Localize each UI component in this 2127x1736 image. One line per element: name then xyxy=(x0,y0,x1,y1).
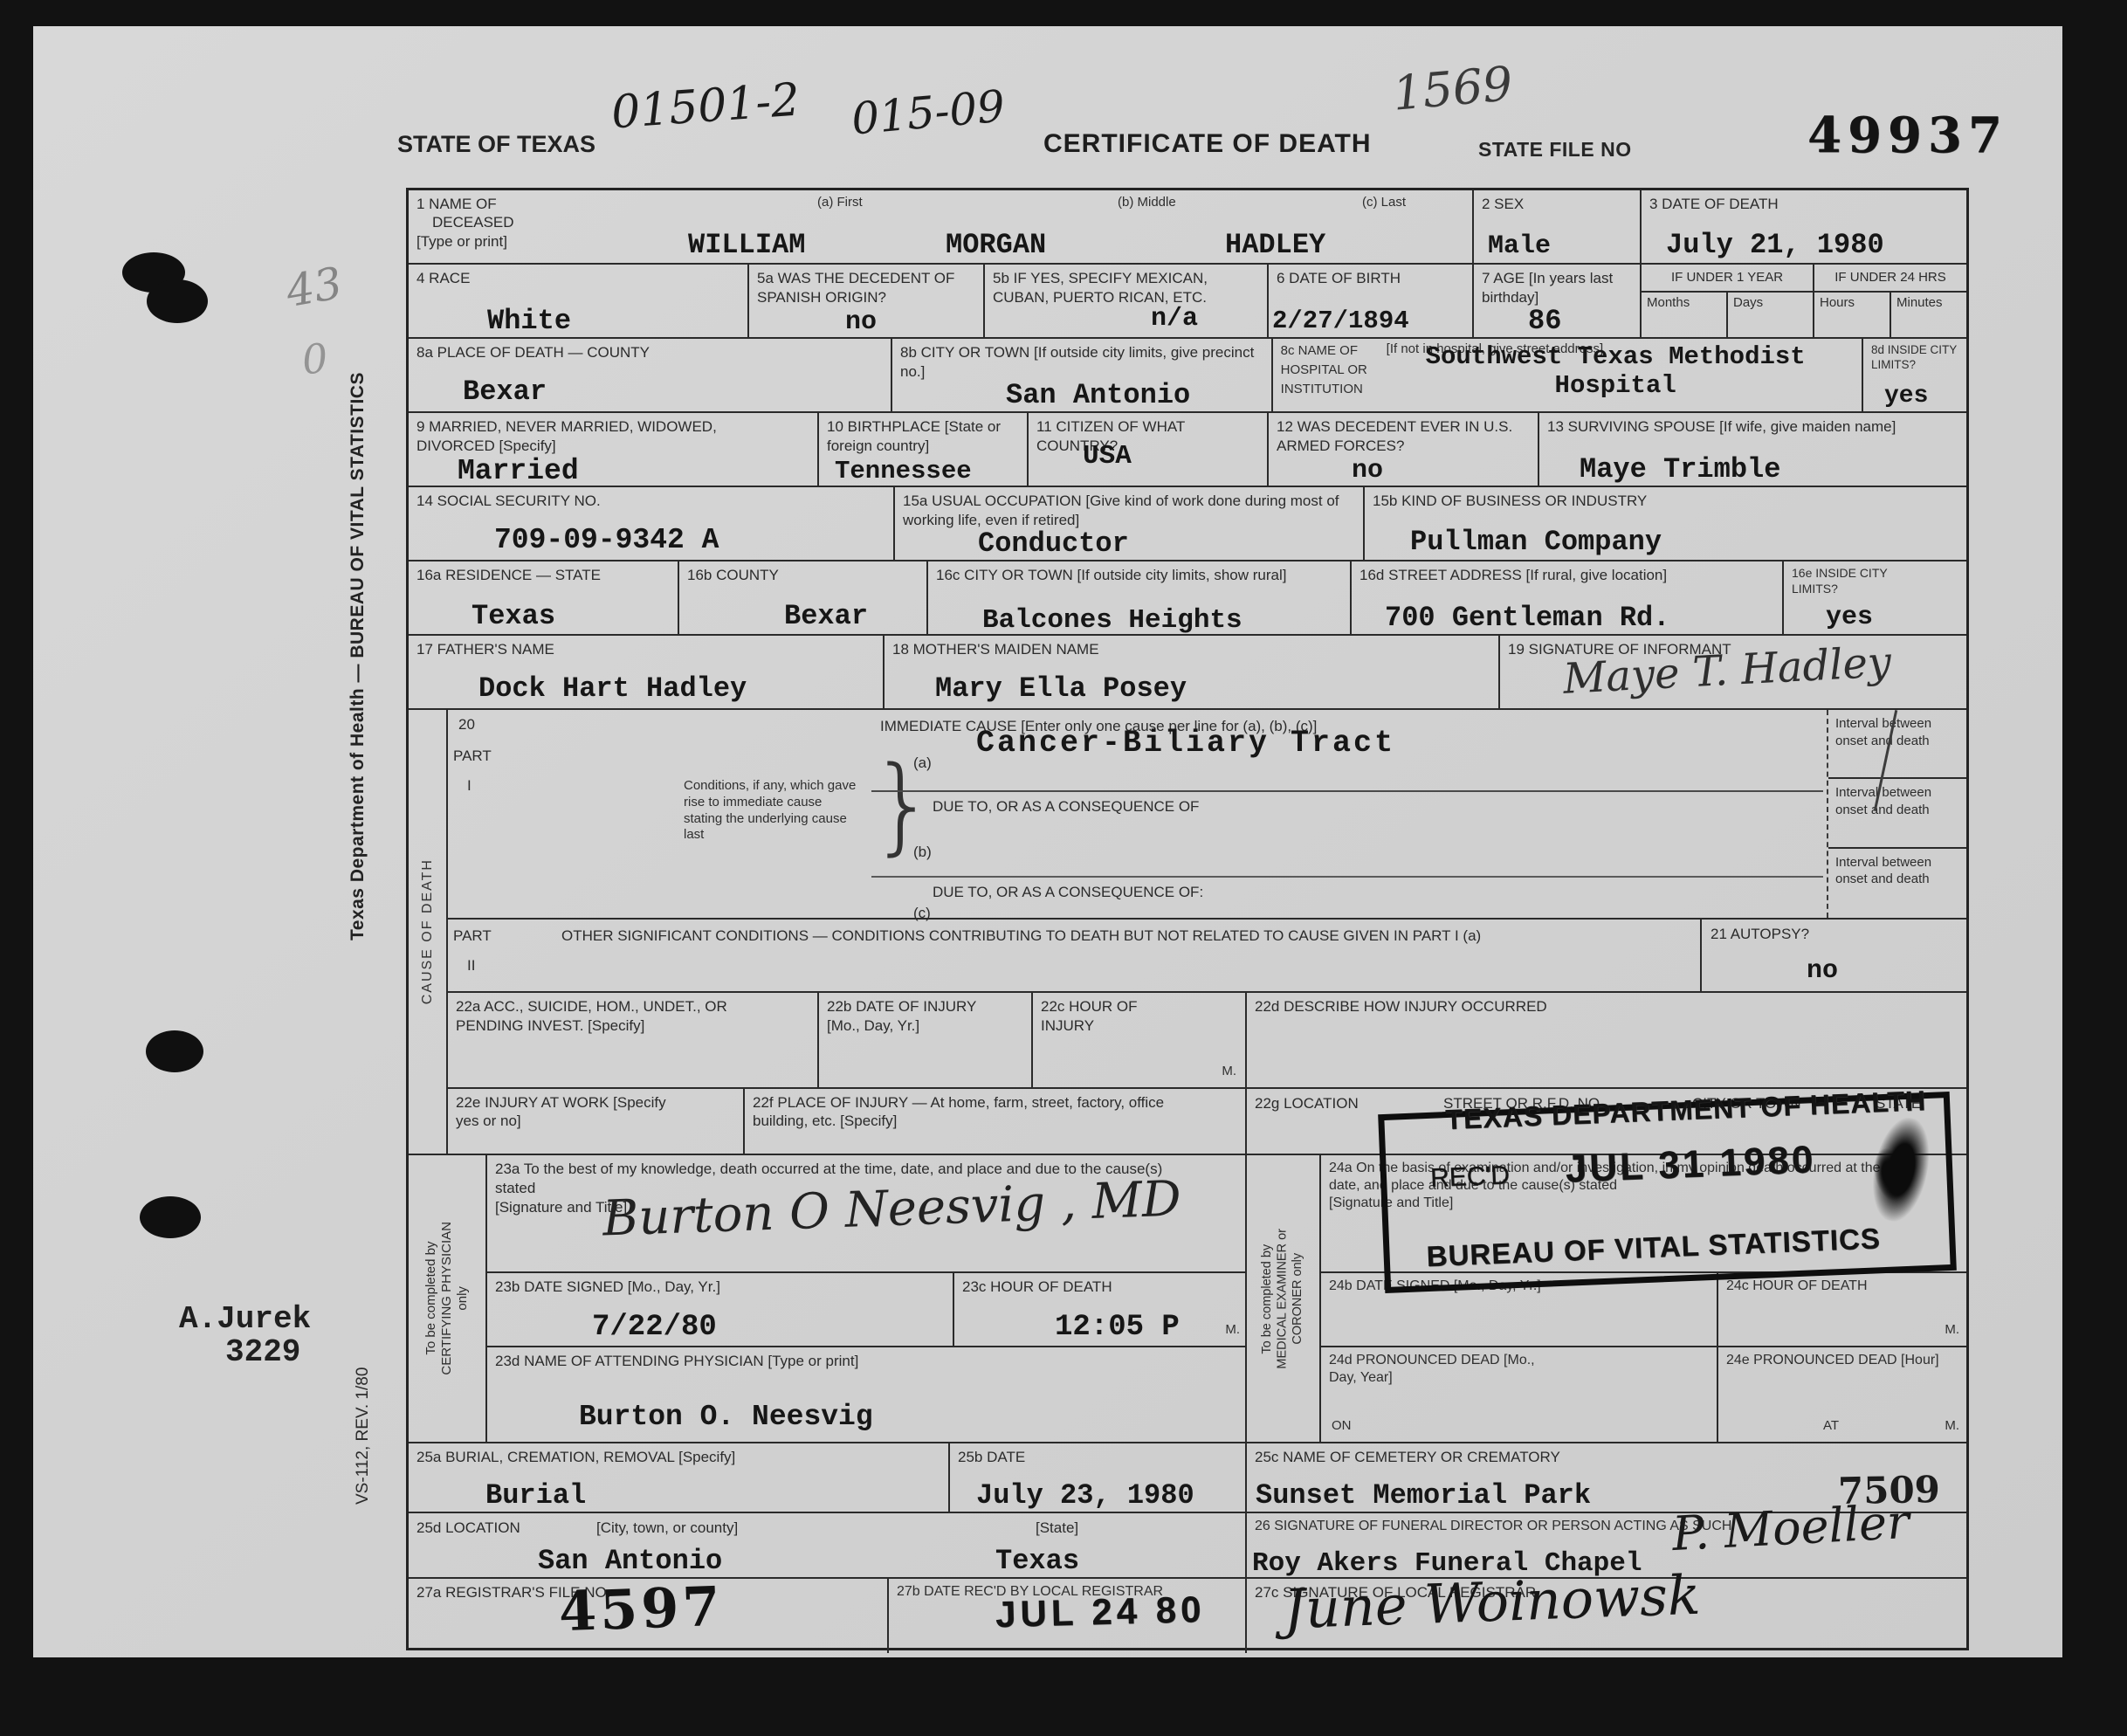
punch-hole xyxy=(146,1030,203,1072)
part1-label-col: 20 PART I xyxy=(448,710,522,918)
part1-main: IMMEDIATE CAUSE [Enter only one cause pe… xyxy=(522,710,1827,918)
field-autopsy: 21 AUTOPSY? no xyxy=(1700,920,1966,991)
field-inside-city-16e: 16e INSIDE CITY LIMITS? yes xyxy=(1784,561,1966,634)
punch-hole xyxy=(147,279,208,323)
field-24d: 24d PRONOUNCED DEAD [Mo., Day, Year] ON xyxy=(1321,1347,1718,1442)
field-22f: 22f PLACE OF INJURY — At home, farm, str… xyxy=(745,1089,1247,1154)
certificate-form: 1 NAME OF DECEASED [Type or print] (a) F… xyxy=(406,188,1969,1650)
months-cell: Months xyxy=(1642,293,1728,337)
hour-of-death-23c-value: 12:05 P xyxy=(1055,1311,1180,1344)
state-file-number-stamp: 49937 xyxy=(1807,107,2008,164)
inside-city-8d-value: yes xyxy=(1884,382,1928,410)
clerk-number: 3229 xyxy=(225,1334,300,1370)
race-value: White xyxy=(487,305,571,337)
interval-column: Interval between onset and death Interva… xyxy=(1827,710,1966,918)
pencil-note-0: 0 xyxy=(299,334,330,384)
state-file-label: STATE FILE NO xyxy=(1478,138,1632,162)
other-significant-conditions-label: OTHER SIGNIFICANT CONDITIONS — CONDITION… xyxy=(561,927,1679,946)
field-burial-date: 25b DATE July 23, 1980 xyxy=(950,1443,1247,1512)
burial-value: Burial xyxy=(485,1479,586,1512)
burial-city-value: San Antonio xyxy=(538,1545,722,1577)
spanish-specify-value: n/a xyxy=(1151,304,1198,334)
residence-city-value: Balcones Heights xyxy=(982,605,1242,636)
medical-examiner-strip: To be completed byMEDICAL EXAMINER orCOR… xyxy=(1247,1155,1321,1442)
citizen-of-value: USA xyxy=(1083,441,1132,472)
middle-name-label: (b) Middle xyxy=(1118,195,1176,211)
part2-label-col: PART II xyxy=(448,920,522,991)
field-usual-occupation: 15a USUAL OCCUPATION [Give kind of work … xyxy=(895,487,1365,560)
field-father-name: 17 FATHER'S NAME Dock Hart Hadley xyxy=(409,636,885,708)
usual-occupation-value: Conductor xyxy=(978,527,1129,560)
date-of-birth-value: 2/27/1894 xyxy=(1272,307,1409,335)
cemetery-name-value: Sunset Memorial Park xyxy=(1256,1479,1591,1512)
inside-city-16e-value: yes xyxy=(1826,603,1873,632)
hospital-name-value: Southwest Texas Methodist Hospital xyxy=(1373,342,1858,401)
field-23c: 23c HOUR OF DEATH 12:05 P M. xyxy=(954,1273,1245,1346)
field-birthplace: 10 BIRTHPLACE [State or foreign country]… xyxy=(819,413,1029,486)
attending-physician-value: Burton O. Neesvig xyxy=(579,1401,873,1433)
place-of-death-county-value: Bexar xyxy=(463,375,547,408)
field-24e: 24e PRONOUNCED DEAD [Hour] AT M. xyxy=(1718,1347,1966,1442)
field-hospital-name: 8c NAME OF [If not in hospital, give str… xyxy=(1273,339,1863,411)
stamp-date: JUL 31 1980 xyxy=(1565,1138,1816,1191)
field-inside-city-8d: 8d INSIDE CITY LIMITS? yes xyxy=(1863,339,1966,411)
birthplace-value: Tennessee xyxy=(835,457,972,486)
street-address-value: 700 Gentleman Rd. xyxy=(1385,602,1669,634)
field-residence-state: 16a RESIDENCE — STATE Texas xyxy=(409,561,679,634)
field-residence-city: 16c CITY OR TOWN [If outside city limits… xyxy=(928,561,1352,634)
kind-of-business-value: Pullman Company xyxy=(1410,526,1662,558)
pencil-note-43: 43 xyxy=(282,258,346,317)
part2-main: OTHER SIGNIFICANT CONDITIONS — CONDITION… xyxy=(522,920,1700,991)
field-burial-cremation: 25a BURIAL, CREMATION, REMOVAL [Specify]… xyxy=(409,1443,950,1512)
field-sex: 2 SEX Male xyxy=(1474,190,1642,263)
field-22e: 22e INJURY AT WORK [Specify yes or no] xyxy=(448,1089,745,1154)
field-kind-of-business: 15b KIND OF BUSINESS OR INDUSTRY Pullman… xyxy=(1365,487,1966,560)
field-marital-status: 9 MARRIED, NEVER MARRIED, WIDOWED, DIVOR… xyxy=(409,413,819,486)
field-race: 4 RACE White xyxy=(409,265,749,337)
clerk-name: A.Jurek xyxy=(179,1301,311,1337)
last-name-value: HADLEY xyxy=(1225,229,1325,261)
field-24c: 24c HOUR OF DEATH M. xyxy=(1718,1273,1966,1346)
date-of-death-value: July 21, 1980 xyxy=(1666,229,1884,261)
ssn-value: 709-09-9342 A xyxy=(494,524,719,556)
age-value: 86 xyxy=(1528,305,1561,337)
stamp-line2: BUREAU OF VITAL STATISTICS xyxy=(1426,1222,1881,1273)
field-city-or-town-8b: 8b CITY OR TOWN [If outside city limits,… xyxy=(892,339,1273,411)
field-street-address: 16d STREET ADDRESS [If rural, give locat… xyxy=(1352,561,1784,634)
cause-of-death-vertical-label: CAUSE OF DEATH xyxy=(420,858,436,1004)
field-spanish-origin: 5a WAS THE DECEDENT OF SPANISH ORIGIN? n… xyxy=(749,265,985,337)
hours-cell: Hours xyxy=(1814,293,1891,337)
field-age: 7 AGE [In years last birthday] 86 xyxy=(1474,265,1642,337)
conditions-note: Conditions, if any, which gave rise to i… xyxy=(684,778,863,844)
interval-box-1: Interval between onset and death xyxy=(1828,710,1966,779)
sex-value: Male xyxy=(1488,231,1551,261)
field-date-of-birth: 6 DATE OF BIRTH 2/27/1894 xyxy=(1269,265,1474,337)
days-cell: Days xyxy=(1728,293,1813,337)
first-name-value: WILLIAM xyxy=(688,229,805,261)
minutes-cell: Minutes xyxy=(1891,293,1966,337)
scanned-death-certificate: { "margins": { "dept_vertical": "Texas D… xyxy=(0,0,2127,1736)
city-or-town-8b-value: San Antonio xyxy=(1006,379,1190,411)
form-code-vertical-label: VS-112, REV. 1/80 xyxy=(354,1256,380,1505)
certifying-physician-strip: To be completed byCERTIFYING PHYSICIANon… xyxy=(409,1155,487,1442)
field-burial-location: 25d LOCATION [City, town, or county] [St… xyxy=(409,1513,1247,1577)
field-23b: 23b DATE SIGNED [Mo., Day, Yr.] 7/22/80 xyxy=(487,1273,954,1346)
field-citizen-of: 11 CITIZEN OF WHAT COUNTRY? USA xyxy=(1029,413,1269,486)
field-date-of-death: 3 DATE OF DEATH July 21, 1980 xyxy=(1642,190,1966,263)
received-stamp: TEXAS DEPARTMENT OF HEALTH REC'D JUL 31 … xyxy=(1378,1092,1957,1293)
date-recd-stamp-value: JUL 24 80 xyxy=(995,1588,1206,1636)
middle-name-value: MORGAN xyxy=(946,229,1046,261)
cause-of-death-side-strip: CAUSE OF DEATH xyxy=(409,710,448,1154)
field-residence-county: 16b COUNTY Bexar xyxy=(679,561,928,634)
handwritten-top-number: 1569 xyxy=(1391,56,1515,121)
spanish-origin-value: no xyxy=(845,307,877,337)
registrar-file-no-value: 4597 xyxy=(558,1574,725,1644)
father-name-value: Dock Hart Hadley xyxy=(478,672,747,705)
mother-maiden-name-value: Mary Ella Posey xyxy=(935,672,1187,705)
field-armed-forces: 12 WAS DECEDENT EVER IN U.S. ARMED FORCE… xyxy=(1269,413,1539,486)
interval-box-3: Interval between onset and death xyxy=(1828,849,1966,918)
field-22c: 22c HOUR OF INJURY M. xyxy=(1033,993,1247,1086)
date-signed-23b-value: 7/22/80 xyxy=(592,1311,717,1344)
interval-box-2: Interval between onset and death xyxy=(1828,779,1966,848)
armed-forces-value: no xyxy=(1352,456,1383,486)
field-mother-maiden-name: 18 MOTHER'S MAIDEN NAME Mary Ella Posey xyxy=(885,636,1500,708)
field-name-of-deceased: 1 NAME OF DECEASED [Type or print] (a) F… xyxy=(409,190,1474,263)
field-22d: 22d DESCRIBE HOW INJURY OCCURRED xyxy=(1247,993,1966,1086)
stamp-recd-label: REC'D xyxy=(1429,1161,1510,1194)
field-if-under-1-year: IF UNDER 1 YEAR Months Days xyxy=(1642,265,1814,337)
last-name-label: (c) Last xyxy=(1362,195,1406,211)
surviving-spouse-value: Maye Trimble xyxy=(1580,453,1780,486)
punch-hole xyxy=(140,1196,201,1238)
burial-state-value: Texas xyxy=(995,1545,1079,1577)
department-vertical-label: Texas Department of Health — BUREAU OF V… xyxy=(348,188,381,940)
field-spanish-specify: 5b IF YES, SPECIFY MEXICAN, CUBAN, PUERT… xyxy=(985,265,1269,337)
immediate-cause-value: Cancer-Biliary Tract xyxy=(976,726,1395,761)
field-22a: 22a ACC., SUICIDE, HOM., UNDET., OR PEND… xyxy=(448,993,819,1086)
residence-state-value: Texas xyxy=(472,600,555,632)
burial-date-value: July 23, 1980 xyxy=(976,1479,1194,1512)
autopsy-value: no xyxy=(1807,956,1838,986)
first-name-label: (a) First xyxy=(817,195,863,211)
field-if-under-24-hrs: IF UNDER 24 HRS Hours Minutes xyxy=(1814,265,1966,337)
state-label: STATE OF TEXAS xyxy=(397,131,595,158)
field-ssn: 14 SOCIAL SECURITY NO. 709-09-9342 A xyxy=(409,487,895,560)
residence-county-value: Bexar xyxy=(784,600,868,632)
field-surviving-spouse: 13 SURVIVING SPOUSE [If wife, give maide… xyxy=(1539,413,1966,486)
certificate-title: CERTIFICATE OF DEATH xyxy=(1043,129,1372,159)
field-23d: 23d NAME OF ATTENDING PHYSICIAN [Type or… xyxy=(487,1347,1245,1442)
field-22b: 22b DATE OF INJURY [Mo., Day, Yr.] xyxy=(819,993,1033,1086)
marital-status-value: Married xyxy=(458,455,579,487)
field-place-of-death-county: 8a PLACE OF DEATH — COUNTY Bexar xyxy=(409,339,892,411)
